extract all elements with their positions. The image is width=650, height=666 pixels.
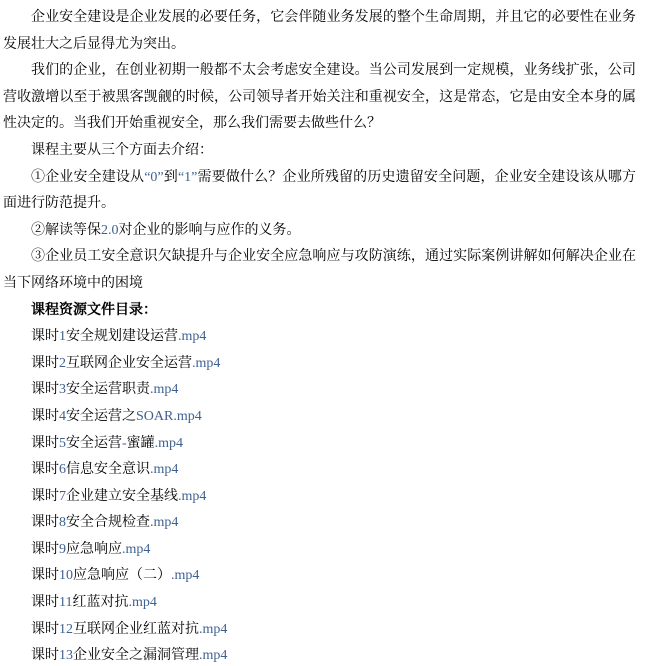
background-paragraph: 我们的企业，在创业初期一般都不太会考虑安全建设。当公司发展到一定规模，业务线扩张… xyxy=(3,58,636,138)
outline-lead-paragraph: 课程主要从三个方面去介绍： xyxy=(3,138,636,165)
catalog-item-1: 课时1安全规划建设运营.mp4 xyxy=(3,324,636,351)
latin-text-run: .mp4 xyxy=(199,622,227,637)
latin-text-run: 1 xyxy=(59,329,66,344)
latin-text-run: 13 xyxy=(59,648,73,663)
latin-text-run: .mp4 xyxy=(199,648,227,663)
latin-text-run: .mp4 xyxy=(122,542,150,557)
catalog-item-7: 课时7企业建立安全基线.mp4 xyxy=(3,484,636,511)
latin-text-run: 11 xyxy=(59,595,72,610)
catalog-item-12: 课时12互联网企业红蓝对抗.mp4 xyxy=(3,617,636,644)
outline-point-2: ②解读等保2.0对企业的影响与应作的义务。 xyxy=(3,218,636,245)
latin-text-run: .mp4 xyxy=(171,568,199,583)
latin-text-run: 3 xyxy=(59,382,66,397)
outline-point-1: ①企业安全建设从“0”到“1”需要做什么？企业所残留的历史遗留安全问题，企业安全… xyxy=(3,165,636,218)
latin-text-run: 9 xyxy=(59,542,66,557)
latin-text-run: 5 xyxy=(59,436,66,451)
catalog-item-8: 课时8安全合规检查.mp4 xyxy=(3,510,636,537)
latin-text-run: .mp4 xyxy=(192,356,220,371)
catalog-item-2: 课时2互联网企业安全运营.mp4 xyxy=(3,351,636,378)
catalog-item-5: 课时5安全运营-蜜罐.mp4 xyxy=(3,431,636,458)
catalog-heading: 课程资源文件目录： xyxy=(3,298,636,325)
latin-text-run: 2 xyxy=(59,356,66,371)
latin-text-run: 12 xyxy=(59,622,73,637)
latin-text-run: .mp4 xyxy=(128,595,156,610)
latin-text-run: .mp4 xyxy=(150,515,178,530)
catalog-item-6: 课时6信息安全意识.mp4 xyxy=(3,457,636,484)
latin-text-run: .mp4 xyxy=(150,382,178,397)
latin-text-run: 8 xyxy=(59,515,66,530)
latin-text-run: “1” xyxy=(178,170,197,185)
latin-text-run: .mp4 xyxy=(150,462,178,477)
catalog-item-11: 课时11红蓝对抗.mp4 xyxy=(3,590,636,617)
intro-paragraph: 企业安全建设是企业发展的必要任务，它会伴随业务发展的整个生命周期，并且它的必要性… xyxy=(3,5,636,58)
catalog-item-3: 课时3安全运营职责.mp4 xyxy=(3,377,636,404)
latin-text-run: - xyxy=(122,436,127,451)
latin-text-run: 10 xyxy=(59,568,73,583)
catalog-item-13: 课时13企业安全之漏洞管理.mp4 xyxy=(3,643,636,666)
catalog-item-10: 课时10应急响应（二）.mp4 xyxy=(3,563,636,590)
latin-text-run: .mp4 xyxy=(178,329,206,344)
latin-text-run: .mp4 xyxy=(178,489,206,504)
course-description-document: 企业安全建设是企业发展的必要任务，它会伴随业务发展的整个生命周期，并且它的必要性… xyxy=(0,0,650,666)
catalog-item-9: 课时9应急响应.mp4 xyxy=(3,537,636,564)
latin-text-run: 6 xyxy=(59,462,66,477)
latin-text-run: SOAR.mp4 xyxy=(136,409,202,424)
latin-text-run: 7 xyxy=(59,489,66,504)
outline-point-3: ③企业员工安全意识欠缺提升与企业安全应急响应与攻防演练，通过实际案例讲解如何解决… xyxy=(3,244,636,297)
catalog-item-4: 课时4安全运营之SOAR.mp4 xyxy=(3,404,636,431)
latin-text-run: .mp4 xyxy=(155,436,183,451)
latin-text-run: “0” xyxy=(144,170,163,185)
latin-text-run: 2.0 xyxy=(101,223,119,238)
latin-text-run: 4 xyxy=(59,409,66,424)
